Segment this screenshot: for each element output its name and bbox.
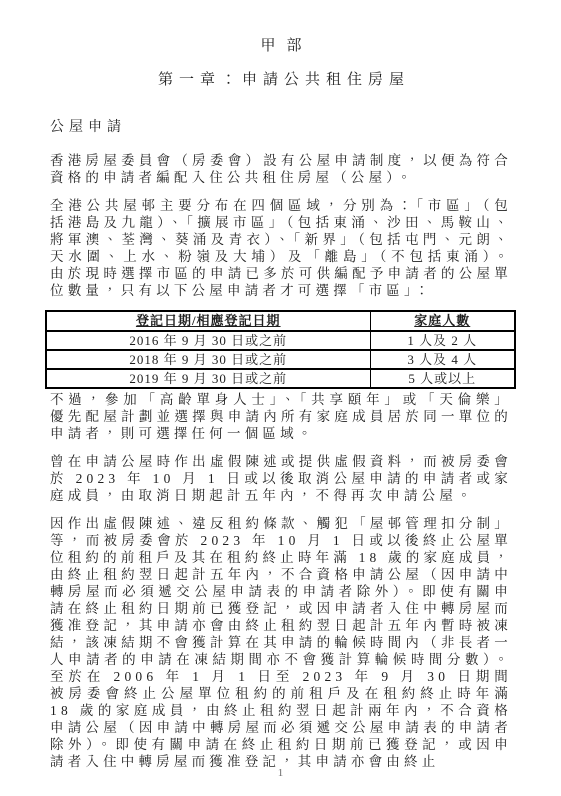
paragraph-tenancy-termination-rules: 因作出虛假陳述、違反租約條款、觸犯「屋邨管理扣分制」等，而被房委會於 2023 … [50, 515, 512, 770]
table-body: 2016 年 9 月 30 日或之前 1 人及 2 人 2018 年 9 月 3… [46, 331, 515, 388]
paragraph-false-statement-cancellation: 曾在申請公屋時作出虛假陳述或提供虛假資料，而被房委會於 2023 年 10 月 … [50, 453, 512, 504]
table-header-family-size: 家庭人數 [370, 311, 515, 331]
table-cell-date: 2019 年 9 月 30 日或之前 [46, 369, 370, 388]
document-page: 甲部 第一章：申請公共租住房屋 公屋申請 香港房屋委員會（房委會）設有公屋申請制… [0, 0, 561, 796]
table-cell-size: 1 人及 2 人 [370, 331, 515, 350]
chapter-title-text: 第一章：申請公共租住房屋 [158, 72, 410, 88]
chapter-title: 第一章：申請公共租住房屋 [50, 71, 512, 89]
table-row: 2019 年 9 月 30 日或之前 5 人或以上 [46, 369, 515, 388]
paragraph-districts: 全港公共屋邨主要分布在四個區域，分別為：「市區」（包括港島及九龍）、「擴展市區」… [50, 197, 512, 299]
table-header-row: 登記日期/相應登記日期 家庭人數 [46, 311, 515, 331]
table-row: 2018 年 9 月 30 日或之前 3 人及 4 人 [46, 350, 515, 369]
table-header-registration-date: 登記日期/相應登記日期 [46, 311, 370, 331]
table-cell-date: 2018 年 9 月 30 日或之前 [46, 350, 370, 369]
table-cell-date: 2016 年 9 月 30 日或之前 [46, 331, 370, 350]
paragraph-priority-schemes: 不過，參加「高齡單身人士」、「共享頤年」或「天倫樂」優先配屋計劃並選擇與申請內所… [50, 391, 512, 442]
page-number: 1 [0, 767, 561, 779]
registration-date-table: 登記日期/相應登記日期 家庭人數 2016 年 9 月 30 日或之前 1 人及… [45, 310, 516, 389]
table-row: 2016 年 9 月 30 日或之前 1 人及 2 人 [46, 331, 515, 350]
paragraph-intro: 香港房屋委員會（房委會）設有公屋申請制度，以便為符合資格的申請者編配入住公共租住… [50, 152, 512, 186]
table-head: 登記日期/相應登記日期 家庭人數 [46, 311, 515, 331]
table-cell-size: 5 人或以上 [370, 369, 515, 388]
section-heading: 公屋申請 [50, 120, 512, 136]
part-title: 甲部 [50, 38, 512, 55]
part-title-text: 甲部 [260, 38, 312, 54]
table-cell-size: 3 人及 4 人 [370, 350, 515, 369]
document-content: 甲部 第一章：申請公共租住房屋 公屋申請 香港房屋委員會（房委會）設有公屋申請制… [0, 0, 561, 770]
